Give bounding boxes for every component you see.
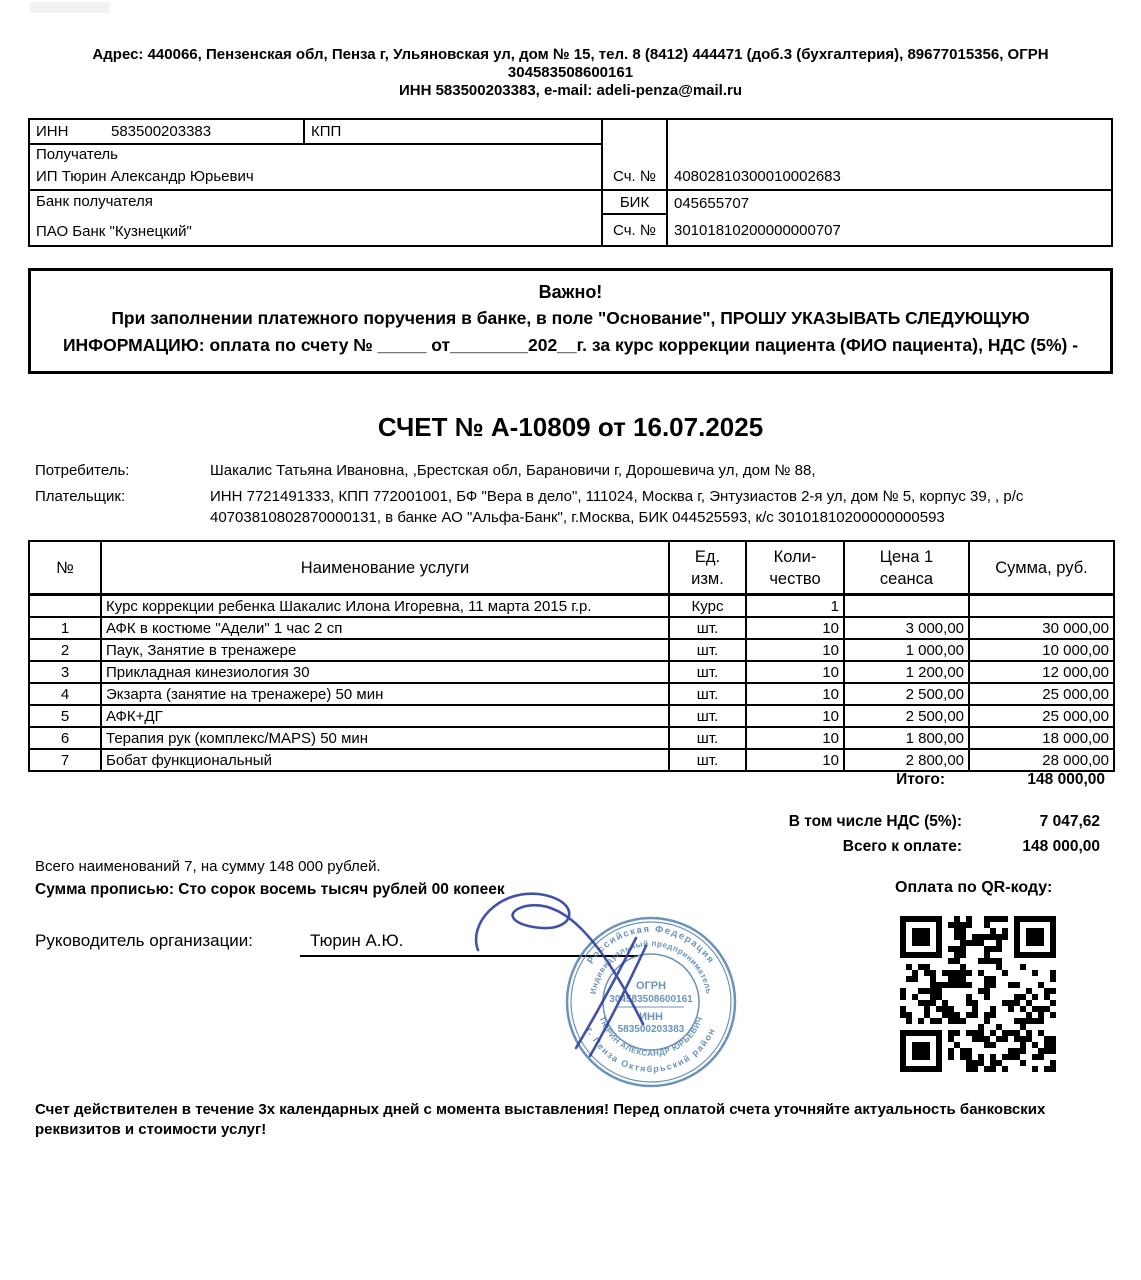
cell-num: 3 — [29, 661, 101, 683]
itogo-value: 148 000,00 — [945, 771, 1113, 789]
cell-name: Паук, Занятие в тренажере — [101, 639, 669, 661]
cell-qty: 10 — [746, 727, 844, 749]
cell-name: Курс коррекции ребенка Шакалис Илона Иго… — [101, 595, 669, 618]
bank-cell: Банк получателя ПАО Банк "Кузнецкий" — [30, 191, 603, 245]
cell-sum: 25 000,00 — [969, 683, 1114, 705]
cell-sum: 12 000,00 — [969, 661, 1114, 683]
cell-sum: 30 000,00 — [969, 617, 1114, 639]
cell-name: Терапия рук (комплекс/MAPS) 50 мин — [101, 727, 669, 749]
scan-artifact — [30, 2, 110, 13]
cell-unit: шт. — [669, 639, 746, 661]
important-title: Важно! — [61, 279, 1080, 305]
payer-value: ИНН 7721491333, КПП 772001001, БФ "Вера … — [210, 486, 1110, 528]
cell-qty: 10 — [746, 749, 844, 771]
cell-price: 1 800,00 — [844, 727, 969, 749]
validity-footer: Счет действителен в течение 3х календарн… — [35, 1100, 1107, 1140]
corr-account-value: 30101810200000000707 — [668, 215, 1111, 245]
table-row: 4Экзарта (занятие на тренажере) 50 миншт… — [29, 683, 1114, 705]
table-row: 6Терапия рук (комплекс/MAPS) 50 миншт.10… — [29, 727, 1114, 749]
handwritten-signature — [440, 876, 710, 1076]
cell-unit: шт. — [669, 617, 746, 639]
vat-value: 7 047,62 — [962, 813, 1113, 831]
services-table: №Наименование услугиЕд.изм.Коли-чествоЦе… — [28, 540, 1115, 772]
cell-name: АФК+ДГ — [101, 705, 669, 727]
cell-name: АФК в костюме "Адели" 1 час 2 сп — [101, 617, 669, 639]
recipient-label: Получатель — [36, 146, 595, 163]
inn-value: 583500203383 — [103, 120, 303, 145]
cell-num: 5 — [29, 705, 101, 727]
director-row: Руководитель организации: Тюрин А.Ю. — [35, 931, 253, 951]
cell-name: Бобат функциональный — [101, 749, 669, 771]
company-inn-email-line: ИНН 583500203383, e-mail: adeli-penza@ma… — [30, 82, 1111, 100]
cell-num: 2 — [29, 639, 101, 661]
qr-payment-label: Оплата по QR-коду: — [895, 879, 1052, 897]
services-col-header-1: Наименование услуги — [101, 541, 669, 595]
company-header: Адрес: 440066, Пензенская обл, Пенза г, … — [30, 46, 1111, 100]
services-col-header-0: № — [29, 541, 101, 595]
consumer-label: Потребитель: — [35, 460, 210, 481]
important-body: При заполнении платежного поручения в ба… — [61, 305, 1080, 359]
total-due-label: Всего к оплате: — [843, 838, 962, 856]
consumer-value: Шакалис Татьяна Ивановна, ,Брестская обл… — [210, 460, 1110, 481]
cell-sum: 28 000,00 — [969, 749, 1114, 771]
account-value: 40802810300010002683 — [668, 120, 1111, 191]
itogo-label: Итого: — [896, 771, 945, 789]
recipient-name: ИП Тюрин Александр Юрьевич — [36, 168, 595, 185]
cell-sum — [969, 595, 1114, 618]
inn-label: ИНН — [30, 120, 103, 145]
kpp-label: КПП — [303, 120, 603, 145]
cell-unit: шт. — [669, 705, 746, 727]
cell-unit: шт. — [669, 727, 746, 749]
cell-num: 4 — [29, 683, 101, 705]
services-col-header-3: Коли-чество — [746, 541, 844, 595]
items-summary: Всего наименований 7, на сумму 148 000 р… — [35, 858, 381, 875]
cell-num: 6 — [29, 727, 101, 749]
vat-label: В том числе НДС (5%): — [789, 813, 962, 831]
table-row: 7Бобат функциональныйшт.102 800,0028 000… — [29, 749, 1114, 771]
cell-qty: 10 — [746, 683, 844, 705]
cell-qty: 10 — [746, 661, 844, 683]
important-notice-box: Важно! При заполнении платежного поручен… — [28, 268, 1113, 374]
services-col-header-4: Цена 1сеанса — [844, 541, 969, 595]
table-row: 2Паук, Занятие в тренажерешт.101 000,001… — [29, 639, 1114, 661]
vat-row: В том числе НДС (5%): 7 047,62 — [28, 813, 1113, 831]
invoice-title: СЧЕТ № А-10809 от 16.07.2025 — [0, 412, 1141, 443]
cell-qty: 10 — [746, 617, 844, 639]
itogo-row: Итого: 148 000,00 — [28, 771, 1113, 789]
total-due-value: 148 000,00 — [962, 838, 1113, 856]
cell-name: Экзарта (занятие на тренажере) 50 мин — [101, 683, 669, 705]
cell-price — [844, 595, 969, 618]
bik-label: БИК — [603, 191, 668, 215]
table-row: 5АФК+ДГшт.102 500,0025 000,00 — [29, 705, 1114, 727]
cell-qty: 10 — [746, 639, 844, 661]
cell-unit: шт. — [669, 661, 746, 683]
table-row: 1АФК в костюме "Адели" 1 час 2 спшт.103 … — [29, 617, 1114, 639]
bik-value: 045655707 — [668, 191, 1111, 215]
cell-num: 7 — [29, 749, 101, 771]
table-row: Курс коррекции ребенка Шакалис Илона Иго… — [29, 595, 1114, 618]
services-col-header-2: Ед.изм. — [669, 541, 746, 595]
services-table-header: №Наименование услугиЕд.изм.Коли-чествоЦе… — [29, 541, 1114, 595]
cell-unit: шт. — [669, 683, 746, 705]
account-label: Сч. № — [603, 120, 668, 191]
parties-block: Потребитель: Шакалис Татьяна Ивановна, ,… — [35, 460, 1110, 528]
recipient-cell: Получатель ИП Тюрин Александр Юрьевич — [30, 145, 603, 191]
payer-label: Плательщик: — [35, 486, 210, 528]
cell-price: 1 000,00 — [844, 639, 969, 661]
cell-num: 1 — [29, 617, 101, 639]
services-col-header-5: Сумма, руб. — [969, 541, 1114, 595]
invoice-document: Адрес: 440066, Пензенская обл, Пенза г, … — [0, 0, 1141, 1280]
company-address-line: Адрес: 440066, Пензенская обл, Пенза г, … — [30, 46, 1111, 64]
director-label: Руководитель организации: — [35, 931, 253, 950]
bank-name: ПАО Банк "Кузнецкий" — [36, 223, 595, 240]
amount-in-words: Сумма прописью: Сто сорок восемь тысяч р… — [35, 881, 505, 899]
cell-sum: 10 000,00 — [969, 639, 1114, 661]
director-name: Тюрин А.Ю. — [310, 931, 403, 951]
cell-qty: 1 — [746, 595, 844, 618]
company-ogrn-line: 304583508600161 — [30, 64, 1111, 82]
cell-num — [29, 595, 101, 618]
bank-label: Банк получателя — [36, 193, 595, 210]
total-due-row: Всего к оплате: 148 000,00 — [28, 838, 1113, 856]
bank-requisites-table: ИНН 583500203383 КПП Получатель ИП Тюрин… — [28, 118, 1113, 247]
cell-sum: 25 000,00 — [969, 705, 1114, 727]
cell-unit: шт. — [669, 749, 746, 771]
cell-price: 2 800,00 — [844, 749, 969, 771]
cell-unit: Курс — [669, 595, 746, 618]
qr-code — [900, 916, 1056, 1072]
corr-account-label: Сч. № — [603, 215, 668, 245]
cell-qty: 10 — [746, 705, 844, 727]
cell-price: 3 000,00 — [844, 617, 969, 639]
cell-sum: 18 000,00 — [969, 727, 1114, 749]
cell-price: 2 500,00 — [844, 683, 969, 705]
cell-price: 2 500,00 — [844, 705, 969, 727]
table-row: 3Прикладная кинезиология 30шт.101 200,00… — [29, 661, 1114, 683]
cell-price: 1 200,00 — [844, 661, 969, 683]
cell-name: Прикладная кинезиология 30 — [101, 661, 669, 683]
